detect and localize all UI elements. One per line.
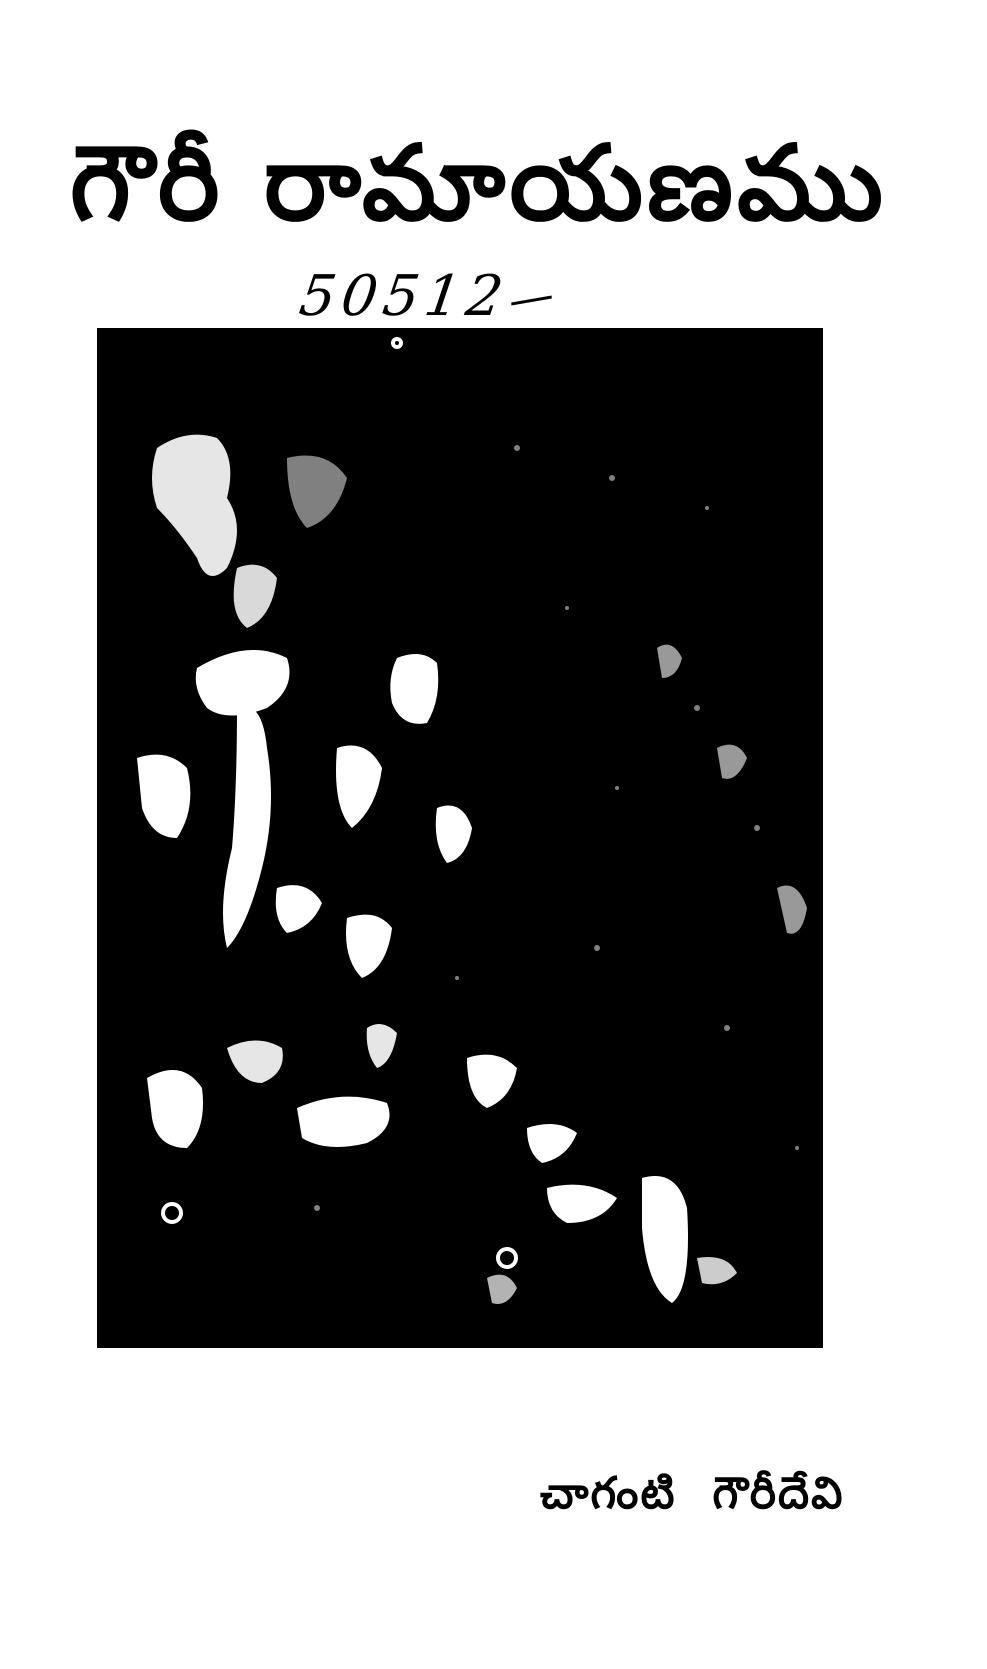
photo-illustration xyxy=(97,328,823,1348)
book-title: గౌరీ రామాయణము xyxy=(70,118,850,248)
underline-stroke xyxy=(511,296,551,306)
author-name: చాగంటిగౌరీదేవి xyxy=(540,1468,844,1530)
cover-photograph xyxy=(97,328,823,1348)
author-first-name: చాగంటి xyxy=(540,1468,676,1519)
author-last-name: గౌరీదేవి xyxy=(712,1468,844,1519)
catalog-number-text: 50512 xyxy=(296,264,513,329)
handwritten-catalog-number: 50512 xyxy=(295,262,557,332)
